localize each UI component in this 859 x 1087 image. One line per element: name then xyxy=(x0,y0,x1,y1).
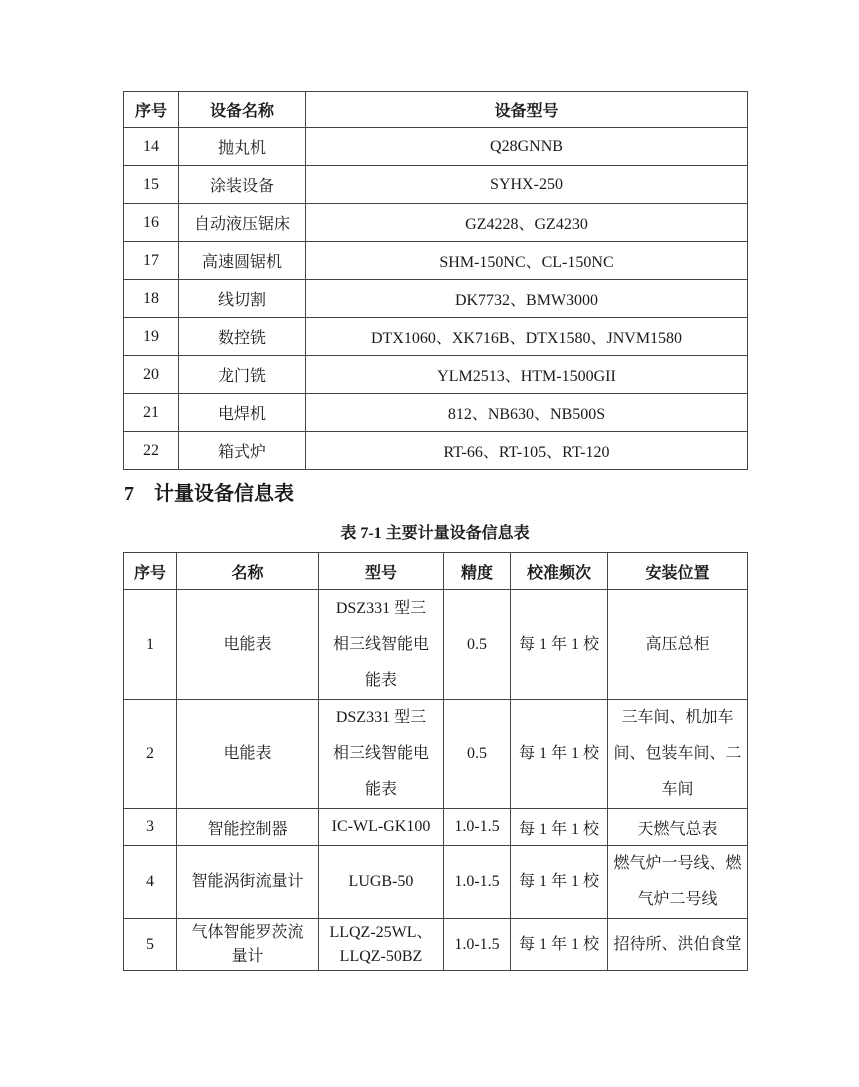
cell-model: YLM2513、HTM-1500GII xyxy=(306,356,748,394)
cell-name: 高速圆锯机 xyxy=(179,242,306,280)
cell-model: LUGB-50 xyxy=(319,846,444,919)
table-row: 17 高速圆锯机 SHM-150NC、CL-150NC xyxy=(124,242,748,280)
cell-no: 3 xyxy=(124,809,177,846)
cell-no: 22 xyxy=(124,432,179,470)
cell-name: 数控铣 xyxy=(179,318,306,356)
column-header-name: 设备名称 xyxy=(179,92,306,128)
cell-accuracy: 0.5 xyxy=(444,700,511,809)
cell-name: 抛丸机 xyxy=(179,128,306,166)
cell-calibration: 每 1 年 1 校 xyxy=(511,809,608,846)
column-header-model: 型号 xyxy=(319,553,444,590)
cell-model: SYHX-250 xyxy=(306,166,748,204)
table-row: 14 抛丸机 Q28GNNB xyxy=(124,128,748,166)
cell-no: 18 xyxy=(124,280,179,318)
cell-no: 4 xyxy=(124,846,177,919)
column-header-model: 设备型号 xyxy=(306,92,748,128)
column-header-name: 名称 xyxy=(177,553,319,590)
table-row: 19 数控铣 DTX1060、XK716B、DTX1580、JNVM1580 xyxy=(124,318,748,356)
table-row: 1 电能表 DSZ331 型三 相三线智能电 能表 0.5 每 1 年 1 校 … xyxy=(124,590,748,700)
cell-model: DTX1060、XK716B、DTX1580、JNVM1580 xyxy=(306,318,748,356)
column-header-calibration: 校准频次 xyxy=(511,553,608,590)
cell-model: SHM-150NC、CL-150NC xyxy=(306,242,748,280)
cell-no: 5 xyxy=(124,919,177,971)
cell-name: 电能表 xyxy=(177,590,319,700)
cell-no: 1 xyxy=(124,590,177,700)
table-row: 2 电能表 DSZ331 型三 相三线智能电 能表 0.5 每 1 年 1 校 … xyxy=(124,700,748,809)
cell-no: 16 xyxy=(124,204,179,242)
metering-device-table: 序号 名称 型号 精度 校准频次 安装位置 1 电能表 DSZ331 型三 相三… xyxy=(123,552,748,971)
table-row: 16 自动液压锯床 GZ4228、GZ4230 xyxy=(124,204,748,242)
cell-model: DSZ331 型三 相三线智能电 能表 xyxy=(319,590,444,700)
cell-accuracy: 1.0-1.5 xyxy=(444,846,511,919)
column-header-no: 序号 xyxy=(124,553,177,590)
table-row: 3 智能控制器 IC-WL-GK100 1.0-1.5 每 1 年 1 校 天燃… xyxy=(124,809,748,846)
cell-no: 2 xyxy=(124,700,177,809)
table-caption: 表 7-1 主要计量设备信息表 xyxy=(123,522,747,546)
cell-name: 智能涡街流量计 xyxy=(177,846,319,919)
cell-model: DK7732、BMW3000 xyxy=(306,280,748,318)
table-row: 20 龙门铣 YLM2513、HTM-1500GII xyxy=(124,356,748,394)
cell-name: 电焊机 xyxy=(179,394,306,432)
cell-model: GZ4228、GZ4230 xyxy=(306,204,748,242)
cell-location: 燃气炉一号线、燃 气炉二号线 xyxy=(608,846,748,919)
cell-calibration: 每 1 年 1 校 xyxy=(511,700,608,809)
equipment-model-table: 序号 设备名称 设备型号 14 抛丸机 Q28GNNB 15 涂装设备 SYHX… xyxy=(123,91,748,470)
section-heading: 7计量设备信息表 xyxy=(124,480,294,508)
section-number: 7 xyxy=(124,480,134,508)
cell-accuracy: 1.0-1.5 xyxy=(444,919,511,971)
cell-location: 三车间、机加车 间、包装车间、二 车间 xyxy=(608,700,748,809)
cell-model: 812、NB630、NB500S xyxy=(306,394,748,432)
cell-name: 龙门铣 xyxy=(179,356,306,394)
cell-calibration: 每 1 年 1 校 xyxy=(511,590,608,700)
cell-calibration: 每 1 年 1 校 xyxy=(511,919,608,971)
cell-name: 涂装设备 xyxy=(179,166,306,204)
cell-name: 箱式炉 xyxy=(179,432,306,470)
table-row: 4 智能涡街流量计 LUGB-50 1.0-1.5 每 1 年 1 校 燃气炉一… xyxy=(124,846,748,919)
cell-no: 21 xyxy=(124,394,179,432)
cell-name: 气体智能罗茨流 量计 xyxy=(177,919,319,971)
table-row: 5 气体智能罗茨流 量计 LLQZ-25WL、 LLQZ-50BZ 1.0-1.… xyxy=(124,919,748,971)
table-row: 15 涂装设备 SYHX-250 xyxy=(124,166,748,204)
cell-no: 17 xyxy=(124,242,179,280)
table-header-row: 序号 名称 型号 精度 校准频次 安装位置 xyxy=(124,553,748,590)
cell-accuracy: 0.5 xyxy=(444,590,511,700)
cell-no: 20 xyxy=(124,356,179,394)
cell-model: RT-66、RT-105、RT-120 xyxy=(306,432,748,470)
cell-name: 自动液压锯床 xyxy=(179,204,306,242)
cell-no: 19 xyxy=(124,318,179,356)
cell-name: 智能控制器 xyxy=(177,809,319,846)
document-page: 序号 设备名称 设备型号 14 抛丸机 Q28GNNB 15 涂装设备 SYHX… xyxy=(0,0,859,1087)
cell-model: Q28GNNB xyxy=(306,128,748,166)
section-title: 计量设备信息表 xyxy=(154,483,294,505)
table-row: 21 电焊机 812、NB630、NB500S xyxy=(124,394,748,432)
column-header-location: 安装位置 xyxy=(608,553,748,590)
column-header-accuracy: 精度 xyxy=(444,553,511,590)
cell-no: 15 xyxy=(124,166,179,204)
cell-model: LLQZ-25WL、 LLQZ-50BZ xyxy=(319,919,444,971)
cell-accuracy: 1.0-1.5 xyxy=(444,809,511,846)
cell-location: 招待所、洪伯食堂 xyxy=(608,919,748,971)
table-row: 22 箱式炉 RT-66、RT-105、RT-120 xyxy=(124,432,748,470)
cell-location: 天燃气总表 xyxy=(608,809,748,846)
cell-model: IC-WL-GK100 xyxy=(319,809,444,846)
cell-name: 电能表 xyxy=(177,700,319,809)
cell-location: 高压总柜 xyxy=(608,590,748,700)
table-header-row: 序号 设备名称 设备型号 xyxy=(124,92,748,128)
cell-model: DSZ331 型三 相三线智能电 能表 xyxy=(319,700,444,809)
table-row: 18 线切割 DK7732、BMW3000 xyxy=(124,280,748,318)
column-header-no: 序号 xyxy=(124,92,179,128)
cell-name: 线切割 xyxy=(179,280,306,318)
cell-calibration: 每 1 年 1 校 xyxy=(511,846,608,919)
cell-no: 14 xyxy=(124,128,179,166)
